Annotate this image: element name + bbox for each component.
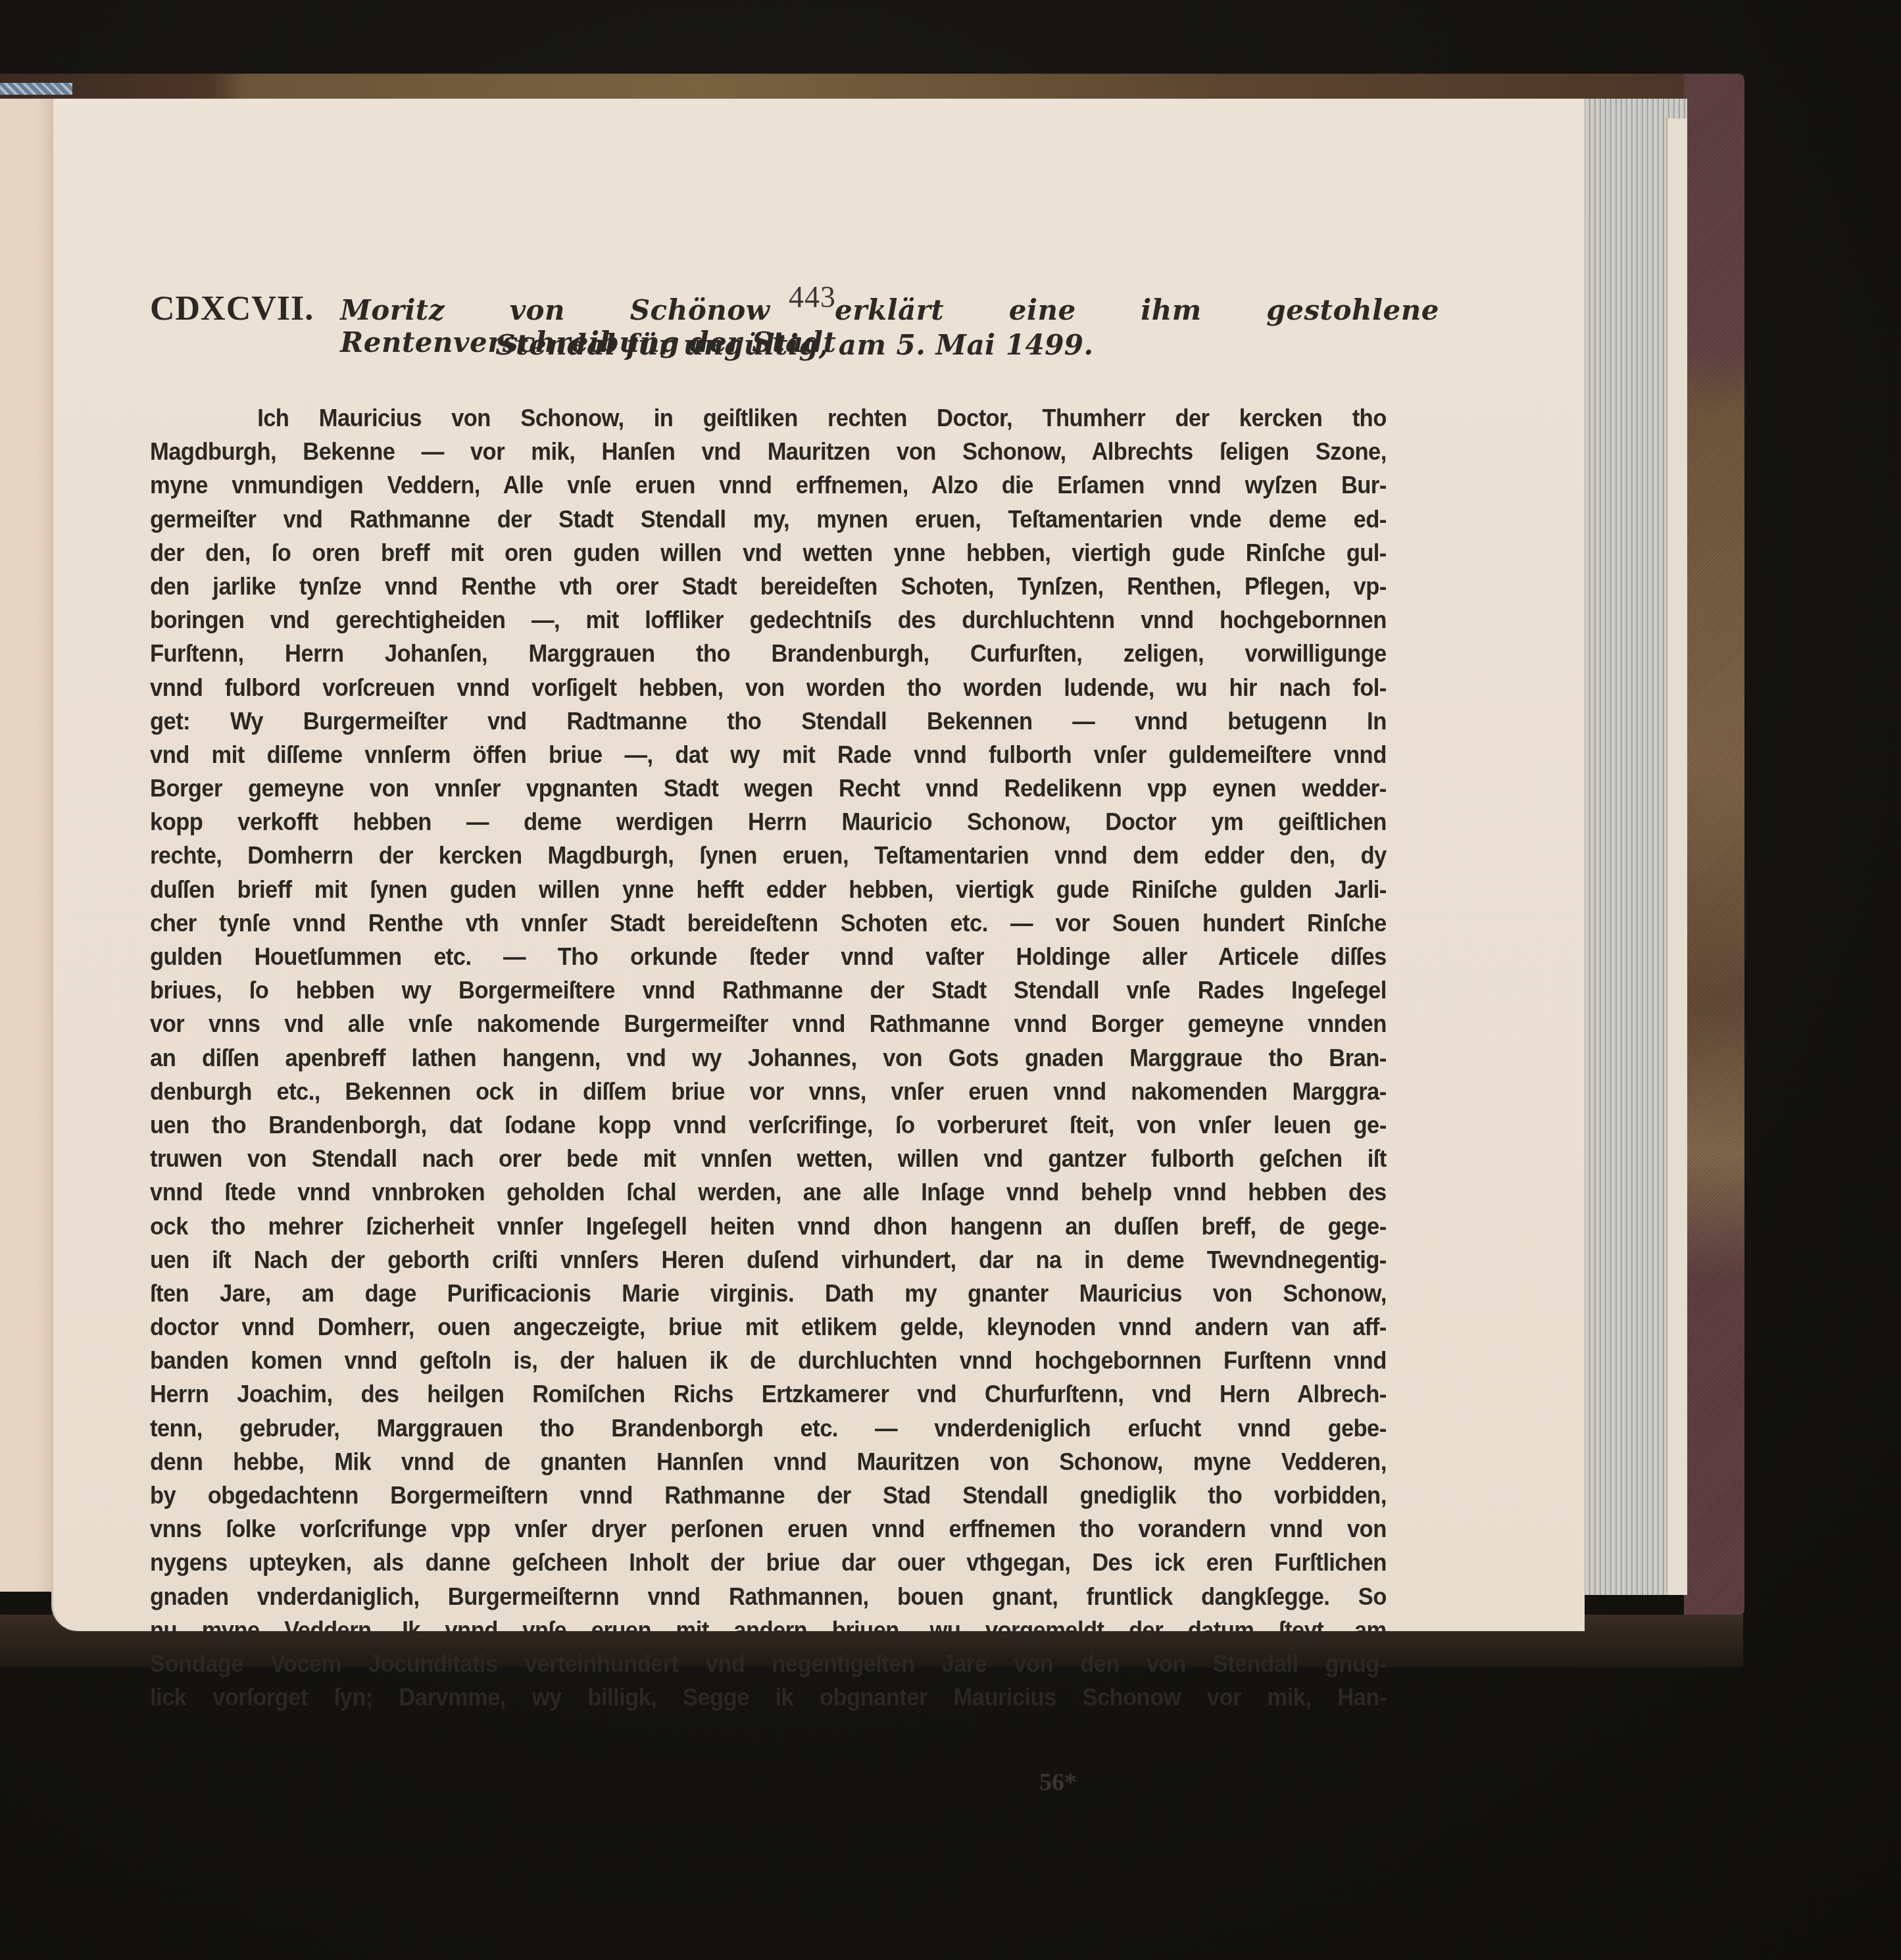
text-line: duſſen brieff mit ſynen guden willen ynn… [150, 873, 1387, 906]
text-line: get: Wy Burgermeiſter vnd Radtmanne tho … [150, 704, 1387, 738]
text-line: vnnd fulbord vorſcreuen vnnd vorſigelt h… [150, 671, 1387, 704]
text-line: uen tho Brandenborgh, dat ſodane kopp vn… [150, 1108, 1387, 1142]
book-page: 443 CDXCVII. Moritz von Schönow erklärt … [51, 99, 1585, 1631]
text-line: an diſſen apenbreff lathen hangenn, vnd … [150, 1041, 1387, 1075]
text-line: uen iſt Nach der geborth criſti vnnſers … [150, 1243, 1387, 1277]
document-number: CDXCVII. [150, 289, 314, 328]
text-line: nu myne Veddern, Ik vnnd vnſe eruen mit … [150, 1613, 1387, 1647]
page-edges-stack [1582, 99, 1687, 1595]
text-line: rechte, Domherrn der kercken Magdburgh, … [150, 839, 1387, 872]
text-line: Herrn Joachim, des heilgen Romiſchen Ric… [150, 1377, 1387, 1411]
text-line: cher tynſe vnnd Renthe vth vnnſer Stadt … [150, 906, 1387, 940]
text-line: denburgh etc., Bekennen ock in diſſem br… [150, 1075, 1387, 1108]
text-line: vnns ſolke vorſcrifunge vpp vnſer dryer … [150, 1512, 1387, 1546]
document-body: Ich Mauricius von Schonow, in geiſtliken… [150, 401, 1387, 1714]
text-line: Borger gemeyne von vnnſer vpgnanten Stad… [150, 772, 1387, 805]
text-line: ock tho mehrer ſzicherheit vnnſer Ingeſe… [150, 1210, 1387, 1243]
signature-mark: 56* [1039, 1768, 1077, 1797]
book-binding-top [0, 74, 1743, 99]
text-line: myne vnmundigen Veddern, Alle vnſe eruen… [150, 468, 1387, 502]
text-line: den jarlike tynſze vnnd Renthe vth orer … [150, 570, 1387, 603]
text-line: ſten Jare, am dage Purificacionis Marie … [150, 1277, 1387, 1310]
left-page-sliver [0, 99, 53, 1592]
heading-line-1: CDXCVII. Moritz von Schönow erklärt eine… [150, 289, 1439, 329]
text-line: Ich Mauricius von Schonow, in geiſtliken… [150, 401, 1387, 435]
text-line: banden komen vnnd geſtoln is, der haluen… [150, 1344, 1387, 1377]
text-line: vor vnns vnd alle vnſe nakomende Burgerm… [150, 1007, 1387, 1041]
document-title-line-2: Stendal für ungültig, am 5. Mai 1499. [495, 329, 1093, 361]
text-line: Furſtenn, Herrn Johanſen, Marggrauen tho… [150, 637, 1387, 670]
text-line: denn hebbe, Mik vnnd de gnanten Hannſen … [150, 1445, 1387, 1479]
text-line: briues, ſo hebben wy Borgermeiſtere vnnd… [150, 973, 1387, 1007]
text-line: vnd mit diſſeme vnnſerm öffen briue —, d… [150, 738, 1387, 772]
book-cover-right [1684, 74, 1744, 1616]
text-line: gulden Houetſummen etc. — Tho orkunde ſt… [150, 940, 1387, 973]
text-line: nygens upteyken, als danne geſcheen Inho… [150, 1546, 1387, 1579]
text-line: truwen von Stendall nach orer bede mit v… [150, 1142, 1387, 1175]
document-heading: CDXCVII. Moritz von Schönow erklärt eine… [150, 289, 1439, 368]
text-line: boringen vnd gerechtigheiden —, mit loff… [150, 603, 1387, 637]
text-line: by obgedachtenn Borgermeiſtern vnnd Rath… [150, 1479, 1387, 1512]
text-line: vnnd ſtede vnnd vnnbroken geholden ſchal… [150, 1175, 1387, 1209]
text-line: Sondage Vocem Jocunditatis verteinhunder… [150, 1647, 1387, 1680]
text-line: gnaden vnderdaniglich, Burgermeiſternn v… [150, 1580, 1387, 1613]
text-line: doctor vnnd Domherr, ouen angeczeigte, b… [150, 1310, 1387, 1344]
text-line: Magdburgh, Bekenne — vor mik, Hanſen vnd… [150, 435, 1387, 468]
text-line: tenn, gebruder, Marggrauen tho Brandenbo… [150, 1411, 1387, 1445]
headband [0, 83, 72, 95]
text-line: lick vorſorget ſyn; Darvmme, wy billigk,… [150, 1680, 1387, 1714]
text-line: kopp verkofft hebben — deme werdigen Her… [150, 805, 1387, 839]
text-line: der den, ſo oren breff mit oren guden wi… [150, 536, 1387, 570]
text-line: germeiſter vnd Rathmanne der Stadt Stend… [150, 502, 1387, 536]
